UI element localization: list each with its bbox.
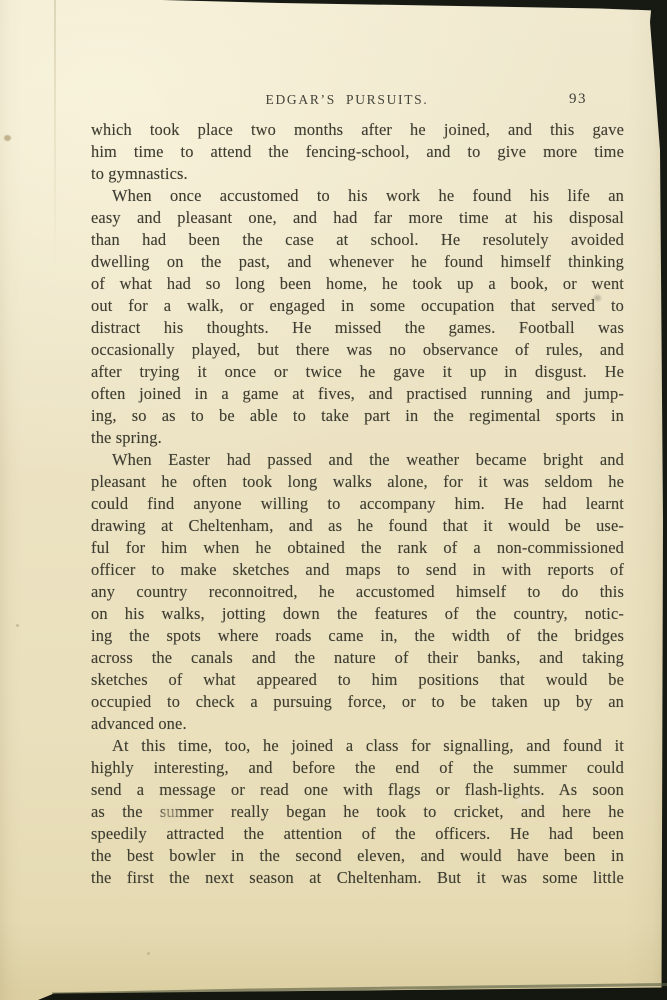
scanned-book-page: EDGAR’S PURSUITS. 93 which took place tw… xyxy=(0,0,667,1000)
scan-dark-edges xyxy=(0,0,667,1000)
